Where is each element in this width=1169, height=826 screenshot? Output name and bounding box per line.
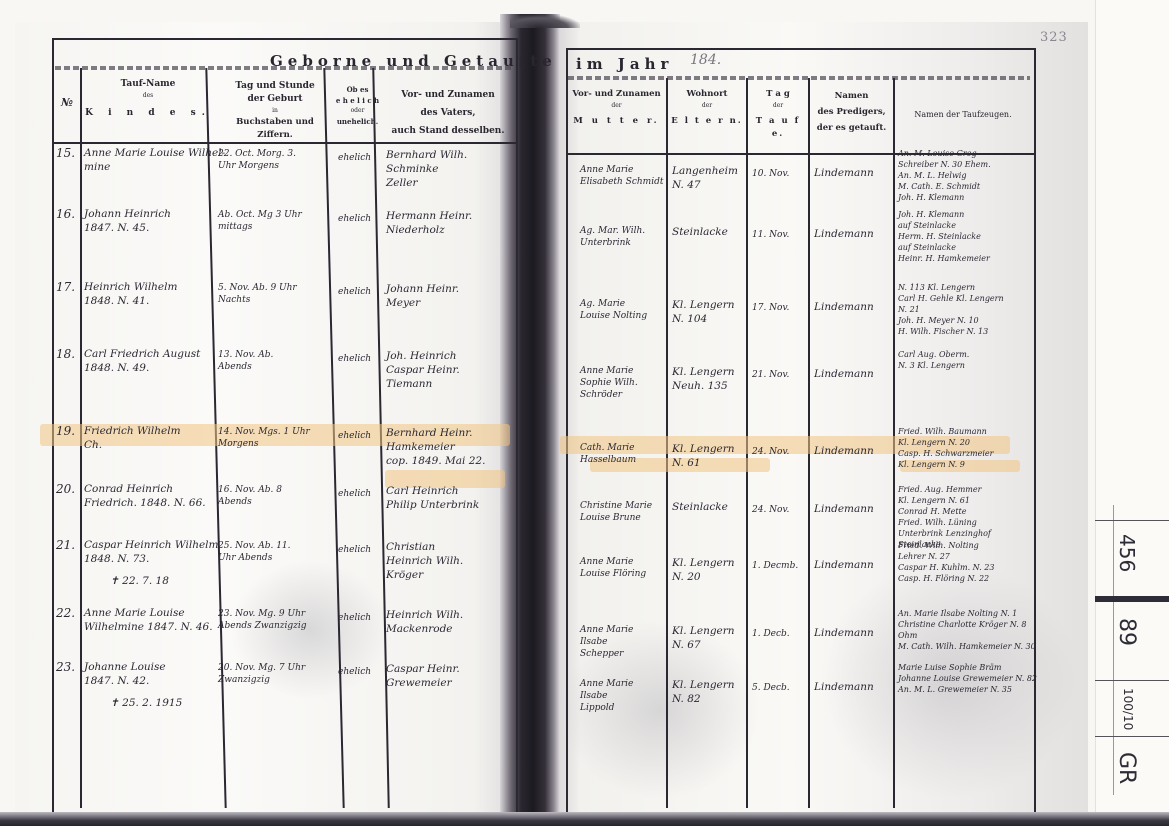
baptism-date-line: 24. Nov. bbox=[752, 446, 789, 458]
birth-date-line: Ab. Oct. Mg 3 Uhr bbox=[218, 209, 302, 221]
archive-rule bbox=[1095, 520, 1169, 521]
sponsors: N. 113 Kl. LengernCarl H. Gehle Kl. Leng… bbox=[898, 282, 1004, 337]
father-name: Bernhard Heinr.Hamkemeiercop. 1849. Mai … bbox=[386, 426, 485, 468]
sponsors-line: Carl H. Gehle Kl. Lengern bbox=[898, 293, 1004, 304]
baptism-date: 1. Decmb. bbox=[752, 560, 798, 572]
father-name-line: Hamkemeier bbox=[386, 440, 485, 454]
sponsors-line: auf Steinlacke bbox=[898, 242, 990, 253]
baptism-date-line: 1. Decb. bbox=[752, 628, 790, 640]
father-name-line: Johann Heinr. bbox=[386, 282, 459, 296]
father-name-line: Christian bbox=[386, 540, 463, 554]
baptism-date-line: 5. Decb. bbox=[752, 682, 790, 694]
baptism-date: 17. Nov. bbox=[752, 302, 789, 314]
legitimacy-line: ehelich bbox=[338, 213, 371, 225]
mother-name-line: Cath. Marie bbox=[580, 442, 636, 454]
entry-number: 18. bbox=[56, 347, 75, 361]
header-taufname: Tauf-Name des K i n d e s. bbox=[82, 78, 214, 120]
parents-residence-line: Steinlacke bbox=[672, 500, 728, 514]
right-page-title: im Jahr bbox=[576, 55, 673, 73]
mother-name: Ag. Mar. Wilh.Unterbrink bbox=[580, 225, 645, 249]
parents-residence: Kl. LengernN. 20 bbox=[672, 556, 735, 584]
sponsors-line: Fried. Wilh. Nolting bbox=[898, 540, 994, 551]
father-name-line: Schminke bbox=[386, 162, 467, 176]
sponsors-line: Ohm bbox=[898, 630, 1036, 641]
mother-name-line: Lippold bbox=[580, 702, 633, 714]
entry-number-line: 15. bbox=[56, 146, 75, 160]
pastor-name-line: Lindemann bbox=[814, 680, 874, 694]
archive-rule bbox=[1095, 736, 1169, 737]
birth-date: 16. Nov. Ab. 8Abends bbox=[218, 484, 282, 508]
pastor-name: Lindemann bbox=[814, 558, 874, 572]
archive-value: 100/10 bbox=[1121, 688, 1135, 730]
baptism-date-line: 1. Decmb. bbox=[752, 560, 798, 572]
legitimacy-line: ehelich bbox=[338, 152, 371, 164]
header-small: oder bbox=[335, 106, 380, 116]
pastor-name-line: Lindemann bbox=[814, 367, 874, 381]
father-name-line: Kröger bbox=[386, 568, 463, 582]
birth-date-line: Abends bbox=[218, 361, 273, 373]
mother-name-line: Anne Marie bbox=[580, 164, 663, 176]
header-line: des Predigers, bbox=[810, 104, 893, 120]
sponsors: Marie Luise Sophie BrämJohanne Louise Gr… bbox=[898, 662, 1037, 695]
father-name: Bernhard Wilh.SchminkeZeller bbox=[386, 148, 467, 190]
legitimacy: ehelich bbox=[338, 544, 371, 556]
birth-date-line: Abends Zwanzigzig bbox=[218, 620, 307, 632]
sponsors: Fried. Wilh. BaumannKl. Lengern N. 20Cas… bbox=[898, 426, 993, 470]
entry-number: 17. bbox=[56, 280, 75, 294]
legitimacy-line: ehelich bbox=[338, 544, 371, 556]
mother-name-line: Schröder bbox=[580, 389, 638, 401]
father-name: Joh. HeinrichCaspar Heinr.Tiemann bbox=[386, 349, 460, 391]
sponsors-line: Herm. H. Steinlacke bbox=[898, 231, 990, 242]
sponsors-line: Casp. H. Schwarzmeier bbox=[898, 448, 993, 459]
header-small: der bbox=[568, 101, 665, 111]
pastor-name: Lindemann bbox=[814, 367, 874, 381]
entry-number-line: 17. bbox=[56, 280, 75, 294]
birth-date-line: Uhr Morgens bbox=[218, 160, 296, 172]
child-name: Johanne Louise1847. N. 42. bbox=[84, 660, 166, 688]
birth-date: 13. Nov. Ab.Abends bbox=[218, 349, 273, 373]
header-line: M u t t e r. bbox=[568, 115, 665, 128]
header-line: K i n d e s. bbox=[82, 107, 214, 120]
father-name: Heinrich Wilh.Mackenrode bbox=[386, 608, 463, 636]
mother-name-line: Anne Marie bbox=[580, 624, 633, 636]
header-line: Vor- und Zunamen bbox=[384, 86, 512, 104]
legitimacy: ehelich bbox=[338, 152, 371, 164]
parents-residence-line: Langenheim bbox=[672, 164, 738, 178]
parents-residence-line: Kl. Lengern bbox=[672, 298, 735, 312]
baptism-date-line: 21. Nov. bbox=[752, 369, 789, 381]
death-note-line: ✝ 25. 2. 1915 bbox=[110, 696, 182, 710]
child-name-line: 1847. N. 42. bbox=[84, 674, 166, 688]
parents-residence: Kl. LengernNeuh. 135 bbox=[672, 365, 735, 393]
parents-residence: Kl. LengernN. 82 bbox=[672, 678, 735, 706]
pastor-name: Lindemann bbox=[814, 300, 874, 314]
baptism-date-line: 24. Nov. bbox=[752, 504, 789, 516]
entry-number: 23. bbox=[56, 660, 75, 674]
mother-name-line: Louise Nolting bbox=[580, 310, 647, 322]
header-vater: Vor- und Zunamen des Vaters, auch Stand … bbox=[384, 86, 512, 140]
birth-date-line: 22. Oct. Morg. 3. bbox=[218, 148, 296, 160]
father-name: Hermann Heinr.Niederholz bbox=[386, 209, 472, 237]
pastor-name: Lindemann bbox=[814, 166, 874, 180]
sponsors-line: Fried. Wilh. Baumann bbox=[898, 426, 993, 437]
header-line: Ob es bbox=[335, 84, 380, 95]
header-small: der bbox=[668, 101, 746, 111]
baptism-date: 10. Nov. bbox=[752, 168, 789, 180]
child-name-line: 1848. N. 41. bbox=[84, 294, 177, 308]
pastor-name-line: Lindemann bbox=[814, 502, 874, 516]
entry-number-line: 19. bbox=[56, 424, 75, 438]
parents-residence: LangenheimN. 47 bbox=[672, 164, 738, 192]
child-name-line: 1848. N. 73. bbox=[84, 552, 219, 566]
sponsors-line: Carl Aug. Oberm. bbox=[898, 349, 969, 360]
birth-date-line: mittags bbox=[218, 221, 302, 233]
entry-number: 22. bbox=[56, 606, 75, 620]
child-name-line: Conrad Heinrich bbox=[84, 482, 206, 496]
sponsors: Fried. Wilh. NoltingLehrer N. 27Caspar H… bbox=[898, 540, 994, 584]
parents-residence: Kl. LengernN. 67 bbox=[672, 624, 735, 652]
father-name: ChristianHeinrich Wilh.Kröger bbox=[386, 540, 463, 582]
father-name-line: Grewemeier bbox=[386, 676, 460, 690]
death-note: ✝ 25. 2. 1915 bbox=[110, 696, 182, 710]
header-mutter: Vor- und Zunamen der M u t t e r. bbox=[568, 88, 665, 128]
legitimacy: ehelich bbox=[338, 488, 371, 500]
father-name-line: Meyer bbox=[386, 296, 459, 310]
child-name-line: 1847. N. 45. bbox=[84, 221, 171, 235]
spine-shadow bbox=[510, 14, 580, 28]
child-name: Conrad HeinrichFriedrich. 1848. N. 66. bbox=[84, 482, 206, 510]
legitimacy-line: ehelich bbox=[338, 666, 371, 678]
parents-residence-line: Kl. Lengern bbox=[672, 365, 735, 379]
mother-name-line: Ilsabe bbox=[580, 636, 633, 648]
wavy-rule bbox=[568, 76, 1030, 80]
pastor-name-line: Lindemann bbox=[814, 300, 874, 314]
header-line: Vor- und Zunamen bbox=[568, 88, 665, 101]
entry-number-line: 18. bbox=[56, 347, 75, 361]
header-line: T a g bbox=[748, 88, 808, 101]
sponsors-line: M. Cath. Wilh. Hamkemeier N. 30 bbox=[898, 641, 1036, 652]
legitimacy-line: ehelich bbox=[338, 353, 371, 365]
mother-name: Christine MarieLouise Brune bbox=[580, 500, 652, 524]
mother-name-line: Louise Brune bbox=[580, 512, 652, 524]
legitimacy-line: ehelich bbox=[338, 286, 371, 298]
sponsors-line: Fried. Aug. Hemmer bbox=[898, 484, 991, 495]
header-line: T a u f e. bbox=[748, 115, 808, 141]
child-name: Anne Marie Louise Wilhel-mine bbox=[84, 146, 225, 174]
parents-residence-line: Kl. Lengern bbox=[672, 556, 735, 570]
header-small: der bbox=[748, 101, 808, 111]
mother-name-line: Anne Marie bbox=[580, 365, 638, 377]
header-small: des bbox=[82, 91, 214, 101]
child-name: Friedrich WilhelmCh. bbox=[84, 424, 181, 452]
mother-name-line: Ilsabe bbox=[580, 690, 633, 702]
header-line: Wohnort bbox=[668, 88, 746, 101]
sponsors-line: An. M. L. Helwig bbox=[898, 170, 991, 181]
legitimacy-line: ehelich bbox=[338, 612, 371, 624]
header-prediger: Namen des Predigers, der es getauft. bbox=[810, 88, 893, 136]
mother-name-line: Anne Marie bbox=[580, 678, 633, 690]
header-line: der Geburt bbox=[218, 93, 332, 106]
child-name-line: Carl Friedrich August bbox=[84, 347, 200, 361]
sponsors-line: N. 21 bbox=[898, 304, 1004, 315]
entry-number: 21. bbox=[56, 538, 75, 552]
parents-residence: Kl. LengernN. 61 bbox=[672, 442, 735, 470]
header-zeugen: Namen der Taufzeugen. bbox=[896, 108, 1030, 121]
mother-name-line: Hasselbaum bbox=[580, 454, 636, 466]
birth-date: 22. Oct. Morg. 3.Uhr Morgens bbox=[218, 148, 296, 172]
baptism-date-line: 10. Nov. bbox=[752, 168, 789, 180]
mother-name: Anne MarieElisabeth Schmidt bbox=[580, 164, 663, 188]
baptism-date: 24. Nov. bbox=[752, 504, 789, 516]
father-name-line: Heinrich Wilh. bbox=[386, 554, 463, 568]
birth-date-line: 16. Nov. Ab. 8 bbox=[218, 484, 282, 496]
mother-name-line: Louise Flöring bbox=[580, 568, 646, 580]
child-name: Carl Friedrich August1848. N. 49. bbox=[84, 347, 200, 375]
mother-name-line: Elisabeth Schmidt bbox=[580, 176, 663, 188]
sponsors-line: An. Marie Ilsabe Nolting N. 1 bbox=[898, 608, 1036, 619]
child-name-line: 1848. N. 49. bbox=[84, 361, 200, 375]
mother-name-line: Sophie Wilh. bbox=[580, 377, 638, 389]
birth-date-line: 20. Nov. Mg. 7 Uhr bbox=[218, 662, 305, 674]
header-ehelich: Ob es e h e l i c h oder unehelich. bbox=[335, 84, 380, 127]
child-name-line: Anne Marie Louise Wilhel- bbox=[84, 146, 225, 160]
pastor-name: Lindemann bbox=[814, 626, 874, 640]
parents-residence-line: N. 61 bbox=[672, 456, 735, 470]
header-line: e h e l i c h bbox=[335, 95, 380, 106]
mother-name-line: Anne Marie bbox=[580, 556, 646, 568]
header-taufe: T a g der T a u f e. bbox=[748, 88, 808, 141]
child-name-line: mine bbox=[84, 160, 225, 174]
birth-date: 23. Nov. Mg. 9 UhrAbends Zwanzigzig bbox=[218, 608, 307, 632]
sponsors-line: Caspar H. Kuhlm. N. 23 bbox=[898, 562, 994, 573]
sponsors-line: M. Cath. E. Schmidt bbox=[898, 181, 991, 192]
sponsors-line: auf Steinlacke bbox=[898, 220, 990, 231]
baptism-date-line: 17. Nov. bbox=[752, 302, 789, 314]
left-page-title: Geborne und Getaufte bbox=[270, 52, 557, 70]
father-name-line: Niederholz bbox=[386, 223, 472, 237]
sponsors-line: Kl. Lengern N. 9 bbox=[898, 459, 993, 470]
mother-name-line: Ag. Marie bbox=[580, 298, 647, 310]
father-name-line: Joh. Heinrich bbox=[386, 349, 460, 363]
entry-number: 20. bbox=[56, 482, 75, 496]
parents-residence: Kl. LengernN. 104 bbox=[672, 298, 735, 326]
sponsors: Carl Aug. Oberm.N. 3 Kl. Lengern bbox=[898, 349, 969, 371]
baptism-date: 21. Nov. bbox=[752, 369, 789, 381]
birth-date-line: Nachts bbox=[218, 294, 297, 306]
archive-value: 456 bbox=[1115, 534, 1139, 572]
sponsors: Joh. H. Klemannauf SteinlackeHerm. H. St… bbox=[898, 209, 990, 264]
father-name: Carl HeinrichPhilip Unterbrink bbox=[386, 484, 479, 512]
sponsors-line: N. 113 Kl. Lengern bbox=[898, 282, 1004, 293]
header-line: des Vaters, bbox=[384, 104, 512, 122]
mother-name-line: Schepper bbox=[580, 648, 633, 660]
birth-date: 14. Nov. Mgs. 1 UhrMorgens bbox=[218, 426, 310, 450]
pastor-name-line: Lindemann bbox=[814, 227, 874, 241]
header-line: E l t e r n. bbox=[668, 115, 746, 128]
archive-value: 89 bbox=[1114, 618, 1139, 646]
father-name-line: Tiemann bbox=[386, 377, 460, 391]
sponsors-line: Casp. H. Flöring N. 22 bbox=[898, 573, 994, 584]
header-line: Buchstaben und Ziffern. bbox=[218, 116, 332, 142]
father-name-line: Mackenrode bbox=[386, 622, 463, 636]
father-name-line: Philip Unterbrink bbox=[386, 498, 479, 512]
birth-date: Ab. Oct. Mg 3 Uhrmittags bbox=[218, 209, 302, 233]
mother-name: Anne MarieIlsabeLippold bbox=[580, 678, 633, 714]
header-line: Tauf-Name bbox=[82, 78, 214, 91]
birth-date-line: 23. Nov. Mg. 9 Uhr bbox=[218, 608, 307, 620]
sponsors-line: Fried. Wilh. Lüning bbox=[898, 517, 991, 528]
birth-date: 20. Nov. Mg. 7 UhrZwanzigzig bbox=[218, 662, 305, 686]
death-note: ✝ 22. 7. 18 bbox=[110, 574, 169, 588]
sponsors-line: An. M. Louise Greg bbox=[898, 148, 991, 159]
entry-number: 19. bbox=[56, 424, 75, 438]
child-name-line: Friedrich Wilhelm bbox=[84, 424, 181, 438]
archive-rule bbox=[1095, 680, 1169, 681]
pastor-name: Lindemann bbox=[814, 227, 874, 241]
sponsors-line: N. 3 Kl. Lengern bbox=[898, 360, 969, 371]
legitimacy-line: ehelich bbox=[338, 430, 371, 442]
child-name-line: Heinrich Wilhelm bbox=[84, 280, 177, 294]
sponsors-line: Johanne Louise Grewemeier N. 82 bbox=[898, 673, 1037, 684]
header-nr: № bbox=[56, 96, 78, 109]
sponsors-line: Heinr. H. Hamkemeier bbox=[898, 253, 990, 264]
birth-date-line: Abends bbox=[218, 496, 282, 508]
father-name-line: Caspar Heinr. bbox=[386, 662, 460, 676]
death-note-line: ✝ 22. 7. 18 bbox=[110, 574, 169, 588]
birth-date-line: Uhr Abends bbox=[218, 552, 291, 564]
archive-rule bbox=[1095, 596, 1169, 602]
sponsors-line: Joh. H. Meyer N. 10 bbox=[898, 315, 1004, 326]
child-name: Heinrich Wilhelm1848. N. 41. bbox=[84, 280, 177, 308]
father-name-line: Bernhard Heinr. bbox=[386, 426, 485, 440]
parents-residence-line: N. 47 bbox=[672, 178, 738, 192]
sponsors-line: An. M. L. Grewemeier N. 35 bbox=[898, 684, 1037, 695]
sponsors-line: Christine Charlotte Kröger N. 8 bbox=[898, 619, 1036, 630]
baptism-date: 5. Decb. bbox=[752, 682, 790, 694]
birth-date-line: 14. Nov. Mgs. 1 Uhr bbox=[218, 426, 310, 438]
child-name-line: Johann Heinrich bbox=[84, 207, 171, 221]
pastor-name: Lindemann bbox=[814, 502, 874, 516]
father-name-line: Hermann Heinr. bbox=[386, 209, 472, 223]
header-line: der es getauft. bbox=[810, 120, 893, 136]
birth-date-line: 25. Nov. Ab. 11. bbox=[218, 540, 291, 552]
entry-number-line: 21. bbox=[56, 538, 75, 552]
pastor-name-line: Lindemann bbox=[814, 444, 874, 458]
child-name-line: Ch. bbox=[84, 438, 181, 452]
child-name: Johann Heinrich1847. N. 45. bbox=[84, 207, 171, 235]
legitimacy: ehelich bbox=[338, 612, 371, 624]
entry-number: 15. bbox=[56, 146, 75, 160]
header-line: unehelich. bbox=[335, 116, 380, 127]
child-name-line: Caspar Heinrich Wilhelm bbox=[84, 538, 219, 552]
birth-date: 5. Nov. Ab. 9 UhrNachts bbox=[218, 282, 297, 306]
sponsors-line: Kl. Lengern N. 61 bbox=[898, 495, 991, 506]
mother-name-line: Ag. Mar. Wilh. bbox=[580, 225, 645, 237]
father-name: Caspar Heinr.Grewemeier bbox=[386, 662, 460, 690]
baptism-date-line: 11. Nov. bbox=[752, 229, 789, 241]
archive-value: GR bbox=[1114, 752, 1139, 784]
father-name-line: cop. 1849. Mai 22. bbox=[386, 454, 485, 468]
father-name-line: Carl Heinrich bbox=[386, 484, 479, 498]
father-name-line: Heinrich Wilh. bbox=[386, 608, 463, 622]
birth-date-line: 5. Nov. Ab. 9 Uhr bbox=[218, 282, 297, 294]
sponsors: An. M. Louise GregSchreiber N. 30 Ehem.A… bbox=[898, 148, 991, 203]
child-name-line: Anne Marie Louise bbox=[84, 606, 213, 620]
entry-number-line: 23. bbox=[56, 660, 75, 674]
header-small: in bbox=[218, 106, 332, 116]
parents-residence: Steinlacke bbox=[672, 225, 728, 239]
baptism-date: 1. Decb. bbox=[752, 628, 790, 640]
father-name-line: Zeller bbox=[386, 176, 467, 190]
year-handwritten: 184. bbox=[690, 52, 721, 68]
sponsors-line: Marie Luise Sophie Bräm bbox=[898, 662, 1037, 673]
parents-residence-line: N. 104 bbox=[672, 312, 735, 326]
pastor-name-line: Lindemann bbox=[814, 626, 874, 640]
pastor-name: Lindemann bbox=[814, 680, 874, 694]
child-name-line: Friedrich. 1848. N. 66. bbox=[84, 496, 206, 510]
entry-number-line: 16. bbox=[56, 207, 75, 221]
parents-residence-line: N. 82 bbox=[672, 692, 735, 706]
birth-date-line: Zwanzigzig bbox=[218, 674, 305, 686]
sponsors-line: H. Wilh. Fischer N. 13 bbox=[898, 326, 1004, 337]
legitimacy: ehelich bbox=[338, 430, 371, 442]
father-name-line: Bernhard Wilh. bbox=[386, 148, 467, 162]
child-name-line: Johanne Louise bbox=[84, 660, 166, 674]
mother-name: Ag. MarieLouise Nolting bbox=[580, 298, 647, 322]
header-line: auch Stand desselben. bbox=[384, 122, 512, 140]
sponsors-line: Joh. H. Klemann bbox=[898, 209, 990, 220]
mother-name: Cath. MarieHasselbaum bbox=[580, 442, 636, 466]
sponsors-line: Unterbrink Lenzinghof bbox=[898, 528, 991, 539]
father-name: Johann Heinr.Meyer bbox=[386, 282, 459, 310]
header-line: Tag und Stunde bbox=[218, 80, 332, 93]
father-name-line: Caspar Heinr. bbox=[386, 363, 460, 377]
birth-date: 25. Nov. Ab. 11.Uhr Abends bbox=[218, 540, 291, 564]
sponsors-line: Conrad H. Mette bbox=[898, 506, 991, 517]
header-line: Namen bbox=[810, 88, 893, 104]
header-rule bbox=[52, 142, 516, 144]
mother-name: Anne MarieIlsabeSchepper bbox=[580, 624, 633, 660]
mother-name-line: Unterbrink bbox=[580, 237, 645, 249]
legitimacy: ehelich bbox=[338, 213, 371, 225]
parents-residence-line: Kl. Lengern bbox=[672, 678, 735, 692]
entry-number-line: 22. bbox=[56, 606, 75, 620]
child-name: Caspar Heinrich Wilhelm1848. N. 73. bbox=[84, 538, 219, 566]
pastor-name: Lindemann bbox=[814, 444, 874, 458]
pastor-name-line: Lindemann bbox=[814, 166, 874, 180]
parents-residence-line: Kl. Lengern bbox=[672, 442, 735, 456]
parents-residence-line: N. 67 bbox=[672, 638, 735, 652]
birth-date-line: Morgens bbox=[218, 438, 310, 450]
parents-residence-line: Kl. Lengern bbox=[672, 624, 735, 638]
mother-name: Anne MarieLouise Flöring bbox=[580, 556, 646, 580]
sponsors-line: Joh. H. Klemann bbox=[898, 192, 991, 203]
legitimacy-line: ehelich bbox=[338, 488, 371, 500]
sponsors-line: Schreiber N. 30 Ehem. bbox=[898, 159, 991, 170]
child-name-line: Wilhelmine 1847. N. 46. bbox=[84, 620, 213, 634]
sponsors-line: Lehrer N. 27 bbox=[898, 551, 994, 562]
entry-number-line: 20. bbox=[56, 482, 75, 496]
pastor-name-line: Lindemann bbox=[814, 558, 874, 572]
legitimacy: ehelich bbox=[338, 666, 371, 678]
header-geburt: Tag und Stunde der Geburt in Buchstaben … bbox=[218, 80, 332, 142]
folio-number: 323 bbox=[1040, 30, 1068, 45]
parents-residence-line: N. 20 bbox=[672, 570, 735, 584]
scan-bottom-edge bbox=[0, 812, 1169, 826]
sponsors-line: Kl. Lengern N. 20 bbox=[898, 437, 993, 448]
mother-name: Anne MarieSophie Wilh.Schröder bbox=[580, 365, 638, 401]
